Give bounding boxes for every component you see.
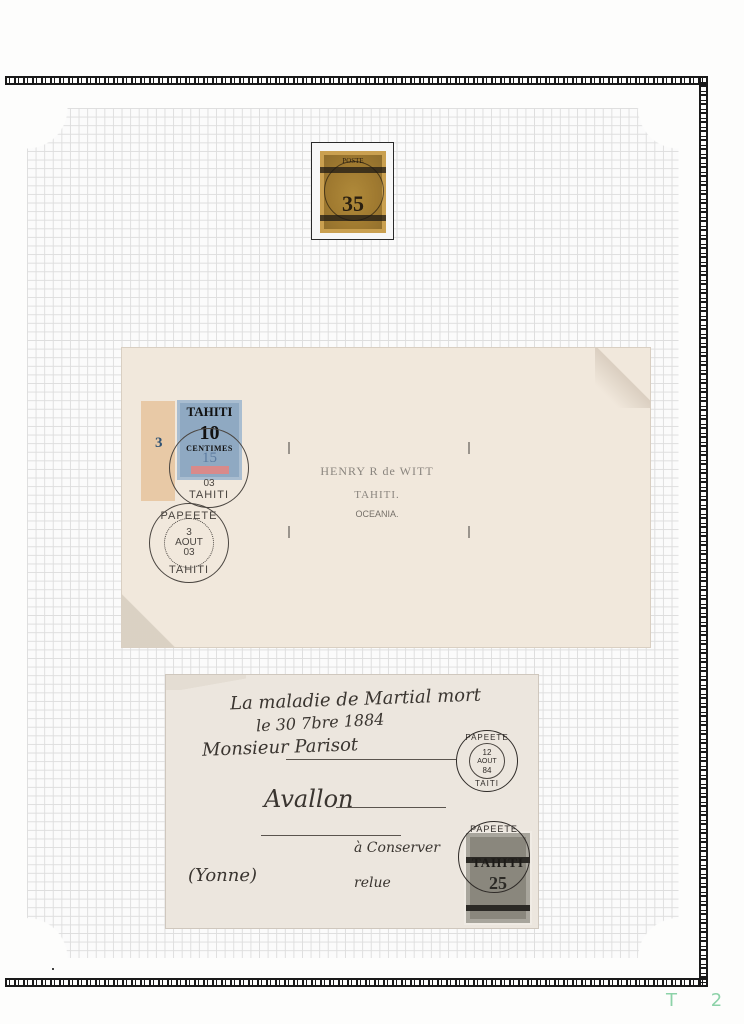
address-line-2: TAHITI.: [292, 489, 462, 501]
address-guide-mark: [468, 526, 470, 538]
handwriting-line-5: (Yonne): [188, 865, 257, 886]
greek-key-border-top: [5, 76, 708, 85]
address-guide-mark: [468, 442, 470, 454]
cancel-bar: [320, 167, 386, 173]
address-line-3: OCEANIA.: [292, 509, 462, 519]
handwriting-line-3: Monsieur Parisot: [202, 734, 359, 760]
handwriting-line-6: à Conserver: [354, 840, 440, 856]
postmark-papeete-on-stamp: PAPEETE: [458, 821, 530, 893]
postmark-papeete: PAPEETE 3 AOUT 03 TAHITI: [149, 503, 229, 583]
greek-key-border-right: [699, 76, 708, 987]
cancel-bar: [466, 905, 530, 911]
underline: [286, 759, 456, 760]
postmark-tahiti: 03 TAHITI: [169, 428, 249, 508]
address-guide-mark: [288, 526, 290, 538]
handwriting-line-2: le 30 7bre 1884: [256, 710, 385, 736]
selvedge-number: 3: [155, 435, 163, 452]
underline: [336, 807, 446, 808]
pencil-dot: [52, 968, 54, 970]
cover-parisot[interactable]: La maladie de Martial mort le 30 7bre 18…: [166, 675, 538, 928]
flap-fold: [166, 675, 246, 690]
printed-address: HENRY R de WITT TAHITI. OCEANIA.: [292, 464, 462, 519]
address-guide-mark: [288, 442, 290, 454]
pencil-annotation: T 2: [666, 990, 736, 1011]
flap-fold: [122, 577, 182, 647]
stamp-sage-35c[interactable]: POSTE 35: [320, 151, 386, 233]
postmark-papeete-1884: PAPEETE 12 AOUT 84 TAITI: [456, 730, 518, 792]
stamp-value: 35: [320, 191, 386, 217]
flap-fold: [595, 348, 650, 408]
cover-de-witt[interactable]: 3 TAHITI 15 10 CENTIMES 03 TAHITI PAPEET…: [122, 348, 650, 647]
handwriting-line-7: relue: [354, 875, 391, 891]
address-line-1: HENRY R de WITT: [292, 464, 462, 479]
handwriting-line-4: Avallon: [264, 785, 353, 813]
handwriting-line-1: La maladie de Martial mort: [230, 685, 482, 715]
stamp-mount: POSTE 35: [311, 142, 394, 240]
overprint-top: TAHITI: [177, 404, 242, 420]
greek-key-border-bottom: [5, 978, 708, 987]
underline: [261, 835, 401, 836]
